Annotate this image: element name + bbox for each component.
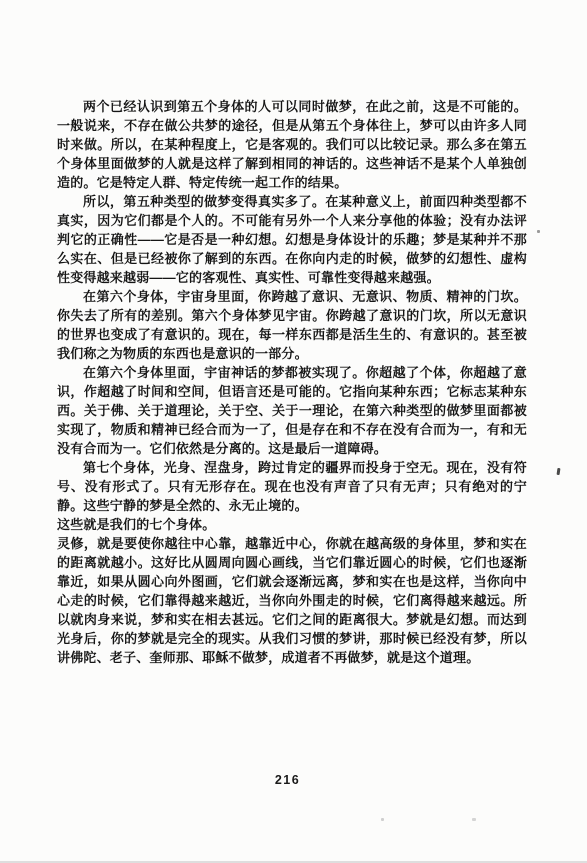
page-number: 216 (0, 773, 575, 787)
scan-speck (557, 468, 561, 475)
paragraph-5: 第七个身体，光身、涅盘身，跨过肯定的疆界而投身于空无。现在，没有符号、没有形式了… (57, 458, 527, 515)
paragraph-6-summary-line: 这些就是我们的七个身体。 (57, 515, 527, 534)
paragraph-1: 两个已经认识到第五个身体的人可以同时做梦，在此之前，这是不可能的。一般说来，不存… (57, 97, 527, 192)
scan-speck (472, 818, 476, 821)
paragraph-4: 在第六个身体里面，宇宙神话的梦都被实现了。你超越了个体，你超越了意识，作超越了时… (57, 363, 527, 458)
book-page: 两个已经认识到第五个身体的人可以同时做梦，在此之前，这是不可能的。一般说来，不存… (0, 0, 587, 863)
text-column: 两个已经认识到第五个身体的人可以同时做梦，在此之前，这是不可能的。一般说来，不存… (57, 97, 527, 667)
paragraph-3: 在第六个身体，宇宙身里面，你跨越了意识、无意识、物质、精神的门坎。你失去了所有的… (57, 287, 527, 363)
scan-speck (381, 818, 384, 821)
paragraph-7: 灵修，就是要使你越往中心靠，越靠近中心，你就在越高级的身体里，梦和实在的距离就越… (57, 534, 527, 667)
paragraph-2: 所以，第五种类型的做梦变得真实多了。在某种意义上，前面四种类型都不真实，因为它们… (57, 192, 527, 287)
scan-speck (537, 230, 540, 233)
